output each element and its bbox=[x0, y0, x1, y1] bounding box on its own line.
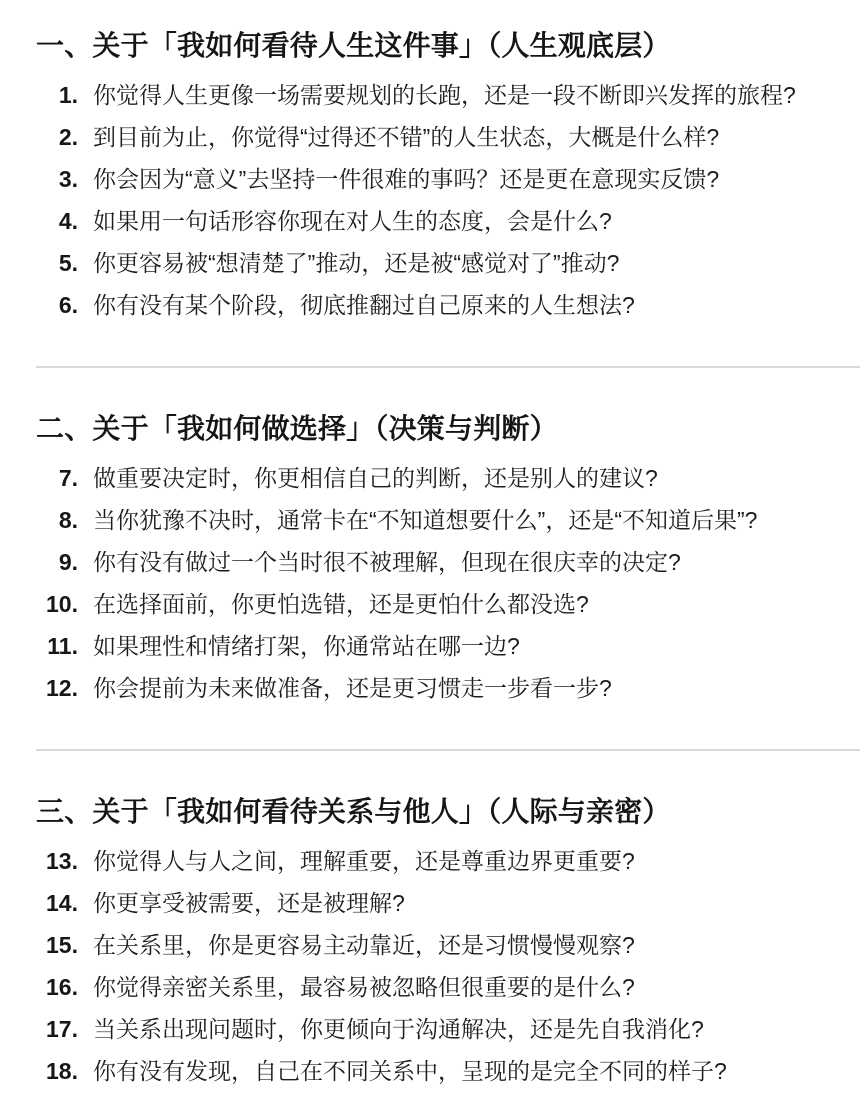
question-item: 12. 你会提前为未来做准备，还是更习惯走一步看一步? bbox=[36, 667, 860, 709]
question-text: 你更享受被需要，还是被理解? bbox=[93, 882, 860, 924]
section-3: 三、关于「我如何看待关系与他人」（人际与亲密） 13. 你觉得人与人之间，理解重… bbox=[36, 792, 860, 1092]
question-number: 12. bbox=[36, 667, 78, 709]
question-number: 7. bbox=[36, 457, 78, 499]
question-item: 7. 做重要决定时，你更相信自己的判断，还是别人的建议? bbox=[36, 457, 860, 499]
question-item: 18. 你有没有发现，自己在不同关系中，呈现的是完全不同的样子? bbox=[36, 1050, 860, 1092]
question-text: 你更容易被“想清楚了”推动，还是被“感觉对了”推动? bbox=[93, 242, 860, 284]
question-item: 1. 你觉得人生更像一场需要规划的长跑，还是一段不断即兴发挥的旅程? bbox=[36, 74, 860, 116]
section-divider bbox=[36, 366, 860, 368]
question-item: 9. 你有没有做过一个当时很不被理解，但现在很庆幸的决定? bbox=[36, 541, 860, 583]
question-list: 7. 做重要决定时，你更相信自己的判断，还是别人的建议? 8. 当你犹豫不决时，… bbox=[36, 457, 860, 709]
question-text: 你会提前为未来做准备，还是更习惯走一步看一步? bbox=[93, 667, 860, 709]
question-item: 2. 到目前为止，你觉得“过得还不错”的人生状态，大概是什么样? bbox=[36, 116, 860, 158]
question-text: 做重要决定时，你更相信自己的判断，还是别人的建议? bbox=[93, 457, 860, 499]
question-item: 3. 你会因为“意义”去坚持一件很难的事吗？还是更在意现实反馈? bbox=[36, 158, 860, 200]
section-1: 一、关于「我如何看待人生这件事」（人生观底层） 1. 你觉得人生更像一场需要规划… bbox=[36, 26, 860, 326]
question-text: 你有没有某个阶段，彻底推翻过自己原来的人生想法? bbox=[93, 284, 860, 326]
question-list: 13. 你觉得人与人之间，理解重要，还是尊重边界更重要? 14. 你更享受被需要… bbox=[36, 840, 860, 1092]
question-list-document: 一、关于「我如何看待人生这件事」（人生观底层） 1. 你觉得人生更像一场需要规划… bbox=[0, 0, 860, 1092]
question-number: 18. bbox=[36, 1050, 78, 1092]
question-number: 1. bbox=[36, 74, 78, 116]
question-number: 10. bbox=[36, 583, 78, 625]
question-text: 你觉得人生更像一场需要规划的长跑，还是一段不断即兴发挥的旅程? bbox=[93, 74, 860, 116]
question-item: 15. 在关系里，你是更容易主动靠近，还是习惯慢慢观察? bbox=[36, 924, 860, 966]
question-text: 到目前为止，你觉得“过得还不错”的人生状态，大概是什么样? bbox=[93, 116, 860, 158]
question-text: 当关系出现问题时，你更倾向于沟通解决，还是先自我消化? bbox=[93, 1008, 860, 1050]
question-text: 当你犹豫不决时，通常卡在“不知道想要什么”，还是“不知道后果”? bbox=[93, 499, 860, 541]
question-number: 9. bbox=[36, 541, 78, 583]
question-text: 你有没有发现，自己在不同关系中，呈现的是完全不同的样子? bbox=[93, 1050, 860, 1092]
question-item: 16. 你觉得亲密关系里，最容易被忽略但很重要的是什么? bbox=[36, 966, 860, 1008]
question-text: 如果理性和情绪打架，你通常站在哪一边? bbox=[93, 625, 860, 667]
question-item: 10. 在选择面前，你更怕选错，还是更怕什么都没选? bbox=[36, 583, 860, 625]
question-text: 你会因为“意义”去坚持一件很难的事吗？还是更在意现实反馈? bbox=[93, 158, 860, 200]
question-number: 2. bbox=[36, 116, 78, 158]
question-item: 14. 你更享受被需要，还是被理解? bbox=[36, 882, 860, 924]
question-text: 你有没有做过一个当时很不被理解，但现在很庆幸的决定? bbox=[93, 541, 860, 583]
question-item: 11. 如果理性和情绪打架，你通常站在哪一边? bbox=[36, 625, 860, 667]
question-number: 15. bbox=[36, 924, 78, 966]
section-title: 三、关于「我如何看待关系与他人」（人际与亲密） bbox=[36, 792, 860, 832]
question-item: 6. 你有没有某个阶段，彻底推翻过自己原来的人生想法? bbox=[36, 284, 860, 326]
section-title: 二、关于「我如何做选择」（决策与判断） bbox=[36, 409, 860, 449]
question-list: 1. 你觉得人生更像一场需要规划的长跑，还是一段不断即兴发挥的旅程? 2. 到目… bbox=[36, 74, 860, 326]
question-item: 13. 你觉得人与人之间，理解重要，还是尊重边界更重要? bbox=[36, 840, 860, 882]
section-divider bbox=[36, 749, 860, 751]
question-number: 8. bbox=[36, 499, 78, 541]
question-number: 13. bbox=[36, 840, 78, 882]
question-number: 6. bbox=[36, 284, 78, 326]
question-number: 14. bbox=[36, 882, 78, 924]
section-2: 二、关于「我如何做选择」（决策与判断） 7. 做重要决定时，你更相信自己的判断，… bbox=[36, 409, 860, 709]
question-number: 11. bbox=[36, 625, 78, 667]
question-text: 如果用一句话形容你现在对人生的态度，会是什么? bbox=[93, 200, 860, 242]
question-text: 在选择面前，你更怕选错，还是更怕什么都没选? bbox=[93, 583, 860, 625]
question-number: 17. bbox=[36, 1008, 78, 1050]
question-item: 17. 当关系出现问题时，你更倾向于沟通解决，还是先自我消化? bbox=[36, 1008, 860, 1050]
question-number: 5. bbox=[36, 242, 78, 284]
section-title: 一、关于「我如何看待人生这件事」（人生观底层） bbox=[36, 26, 860, 66]
question-item: 4. 如果用一句话形容你现在对人生的态度，会是什么? bbox=[36, 200, 860, 242]
question-number: 3. bbox=[36, 158, 78, 200]
question-text: 你觉得亲密关系里，最容易被忽略但很重要的是什么? bbox=[93, 966, 860, 1008]
question-item: 5. 你更容易被“想清楚了”推动，还是被“感觉对了”推动? bbox=[36, 242, 860, 284]
question-item: 8. 当你犹豫不决时，通常卡在“不知道想要什么”，还是“不知道后果”? bbox=[36, 499, 860, 541]
question-text: 你觉得人与人之间，理解重要，还是尊重边界更重要? bbox=[93, 840, 860, 882]
question-text: 在关系里，你是更容易主动靠近，还是习惯慢慢观察? bbox=[93, 924, 860, 966]
question-number: 4. bbox=[36, 200, 78, 242]
question-number: 16. bbox=[36, 966, 78, 1008]
